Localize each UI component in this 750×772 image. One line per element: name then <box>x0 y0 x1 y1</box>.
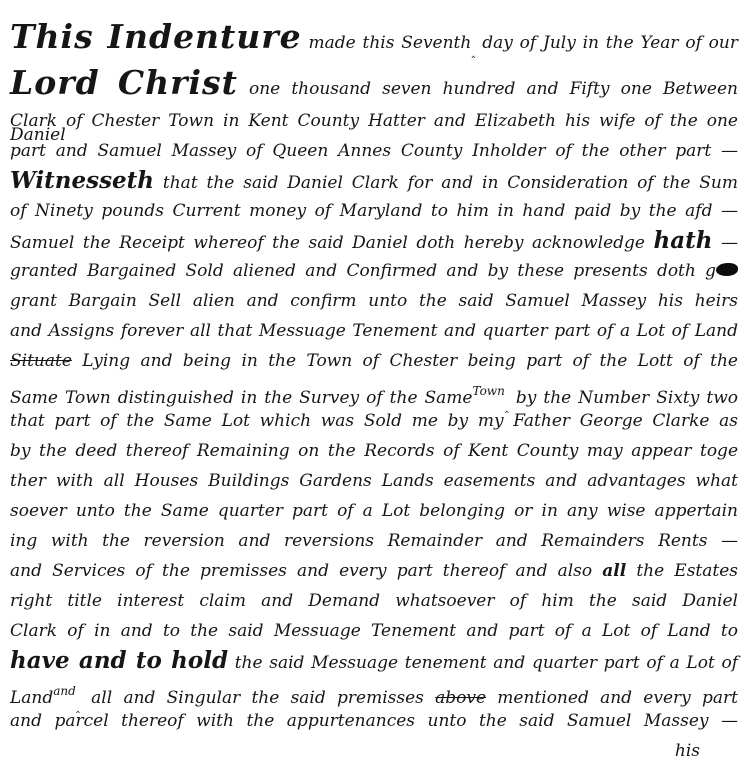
text-segment: and <box>53 684 76 698</box>
text-segment: of Ninety pounds Current money of Maryla… <box>10 201 738 221</box>
text-segment: Samuel the Receipt whereof the said Dani… <box>10 233 654 253</box>
manuscript-line: grant Bargain Sell alien and confirm unt… <box>10 286 738 316</box>
text-segment: mentioned and every part <box>486 688 738 708</box>
manuscript-line: part and Samuel Massey of Queen Annes Co… <box>10 136 738 166</box>
text-segment: Town <box>473 384 505 398</box>
text-segment: right title interest claim and Demand wh… <box>10 591 738 611</box>
manuscript-line: Situate Lying and being in the Town of C… <box>10 346 738 376</box>
manuscript-line: and Services of the premisses and every … <box>10 556 738 586</box>
manuscript-line: that part of the Same Lot which was Sold… <box>10 406 738 436</box>
text-segment: all and Singular the said premisses <box>80 688 435 708</box>
manuscript-line: his <box>10 736 738 766</box>
manuscript-line: Witnesseth that the said Daniel Clark fo… <box>10 166 738 196</box>
ink-blot <box>716 263 738 276</box>
manuscript-line: Clark of Chester Town in Kent County Hat… <box>10 106 738 136</box>
text-segment: made this Seventh <box>302 33 472 53</box>
manuscript-lines: This Indenture made this Seventh‸ day of… <box>10 14 738 766</box>
text-segment: day of July in the Year of our <box>475 33 738 53</box>
text-segment: part and Samuel Massey of Queen Annes Co… <box>10 141 738 161</box>
text-segment: Witnesseth <box>10 167 154 194</box>
text-segment: hath <box>654 227 713 254</box>
manuscript-line: soever unto the Same quarter part of a L… <box>10 496 738 526</box>
manuscript-line: by the deed thereof Remaining on the Rec… <box>10 436 738 466</box>
manuscript-line: Landand‸ all and Singular the said premi… <box>10 676 738 706</box>
text-segment: — <box>712 233 738 253</box>
manuscript-line: This Indenture made this Seventh‸ day of… <box>10 14 738 60</box>
text-segment: soever unto the Same quarter part of a L… <box>10 501 738 521</box>
manuscript-line: and Assigns forever all that Messuage Te… <box>10 316 738 346</box>
text-segment: that the said Daniel Clark for and in Co… <box>154 173 738 193</box>
text-segment: and Services of the premisses and every … <box>10 561 602 581</box>
manuscript-line: right title interest claim and Demand wh… <box>10 586 738 616</box>
text-segment: all <box>602 561 626 581</box>
text-segment: Situate <box>10 351 72 371</box>
text-segment: granted Bargained Sold aliened and Confi… <box>10 261 716 281</box>
text-segment: Same Town distinguished in the Survey of… <box>10 388 473 408</box>
text-segment: Lying and being in the Town of Chester b… <box>72 351 738 371</box>
text-segment: Lord Christ <box>10 63 238 102</box>
manuscript-line: have and to hold the said Messuage tenem… <box>10 646 738 676</box>
text-segment: Clark of in and to the said Messuage Ten… <box>10 621 738 641</box>
text-segment: his <box>675 741 700 761</box>
text-segment: above <box>435 688 486 708</box>
text-segment: This Indenture <box>10 17 302 56</box>
text-segment: grant Bargain Sell alien and confirm unt… <box>10 291 738 311</box>
manuscript-line: of Ninety pounds Current money of Maryla… <box>10 196 738 226</box>
text-segment: by the deed thereof Remaining on the Rec… <box>10 441 738 461</box>
text-segment: by the Number Sixty two <box>509 388 738 408</box>
text-segment: the Estates <box>626 561 738 581</box>
manuscript-line: ther with all Houses Buildings Gardens L… <box>10 466 738 496</box>
text-segment: Land <box>10 688 53 708</box>
manuscript-page: This Indenture made this Seventh‸ day of… <box>0 0 750 772</box>
text-segment: that part of the Same Lot which was Sold… <box>10 411 738 431</box>
text-segment: the said Messuage tenement and quarter p… <box>228 653 738 673</box>
manuscript-line: Samuel the Receipt whereof the said Dani… <box>10 226 738 256</box>
text-segment: and Assigns forever all that Messuage Te… <box>10 321 738 341</box>
manuscript-line: ing with the reversion and reversions Re… <box>10 526 738 556</box>
manuscript-line: Lord Christ one thousand seven hundred a… <box>10 60 738 106</box>
text-segment: Clark of Chester Town in Kent County Hat… <box>10 111 738 131</box>
manuscript-line: granted Bargained Sold aliened and Confi… <box>10 256 738 286</box>
text-segment: ing with the reversion and reversions Re… <box>10 531 738 551</box>
text-segment: and parcel thereof with the appurtenance… <box>10 711 738 731</box>
manuscript-line: and parcel thereof with the appurtenance… <box>10 706 738 736</box>
manuscript-line: Same Town distinguished in the Survey of… <box>10 376 738 406</box>
text-segment: ther with all Houses Buildings Gardens L… <box>10 471 738 491</box>
text-segment: have and to hold <box>10 647 228 674</box>
manuscript-line: Clark of in and to the said Messuage Ten… <box>10 616 738 646</box>
